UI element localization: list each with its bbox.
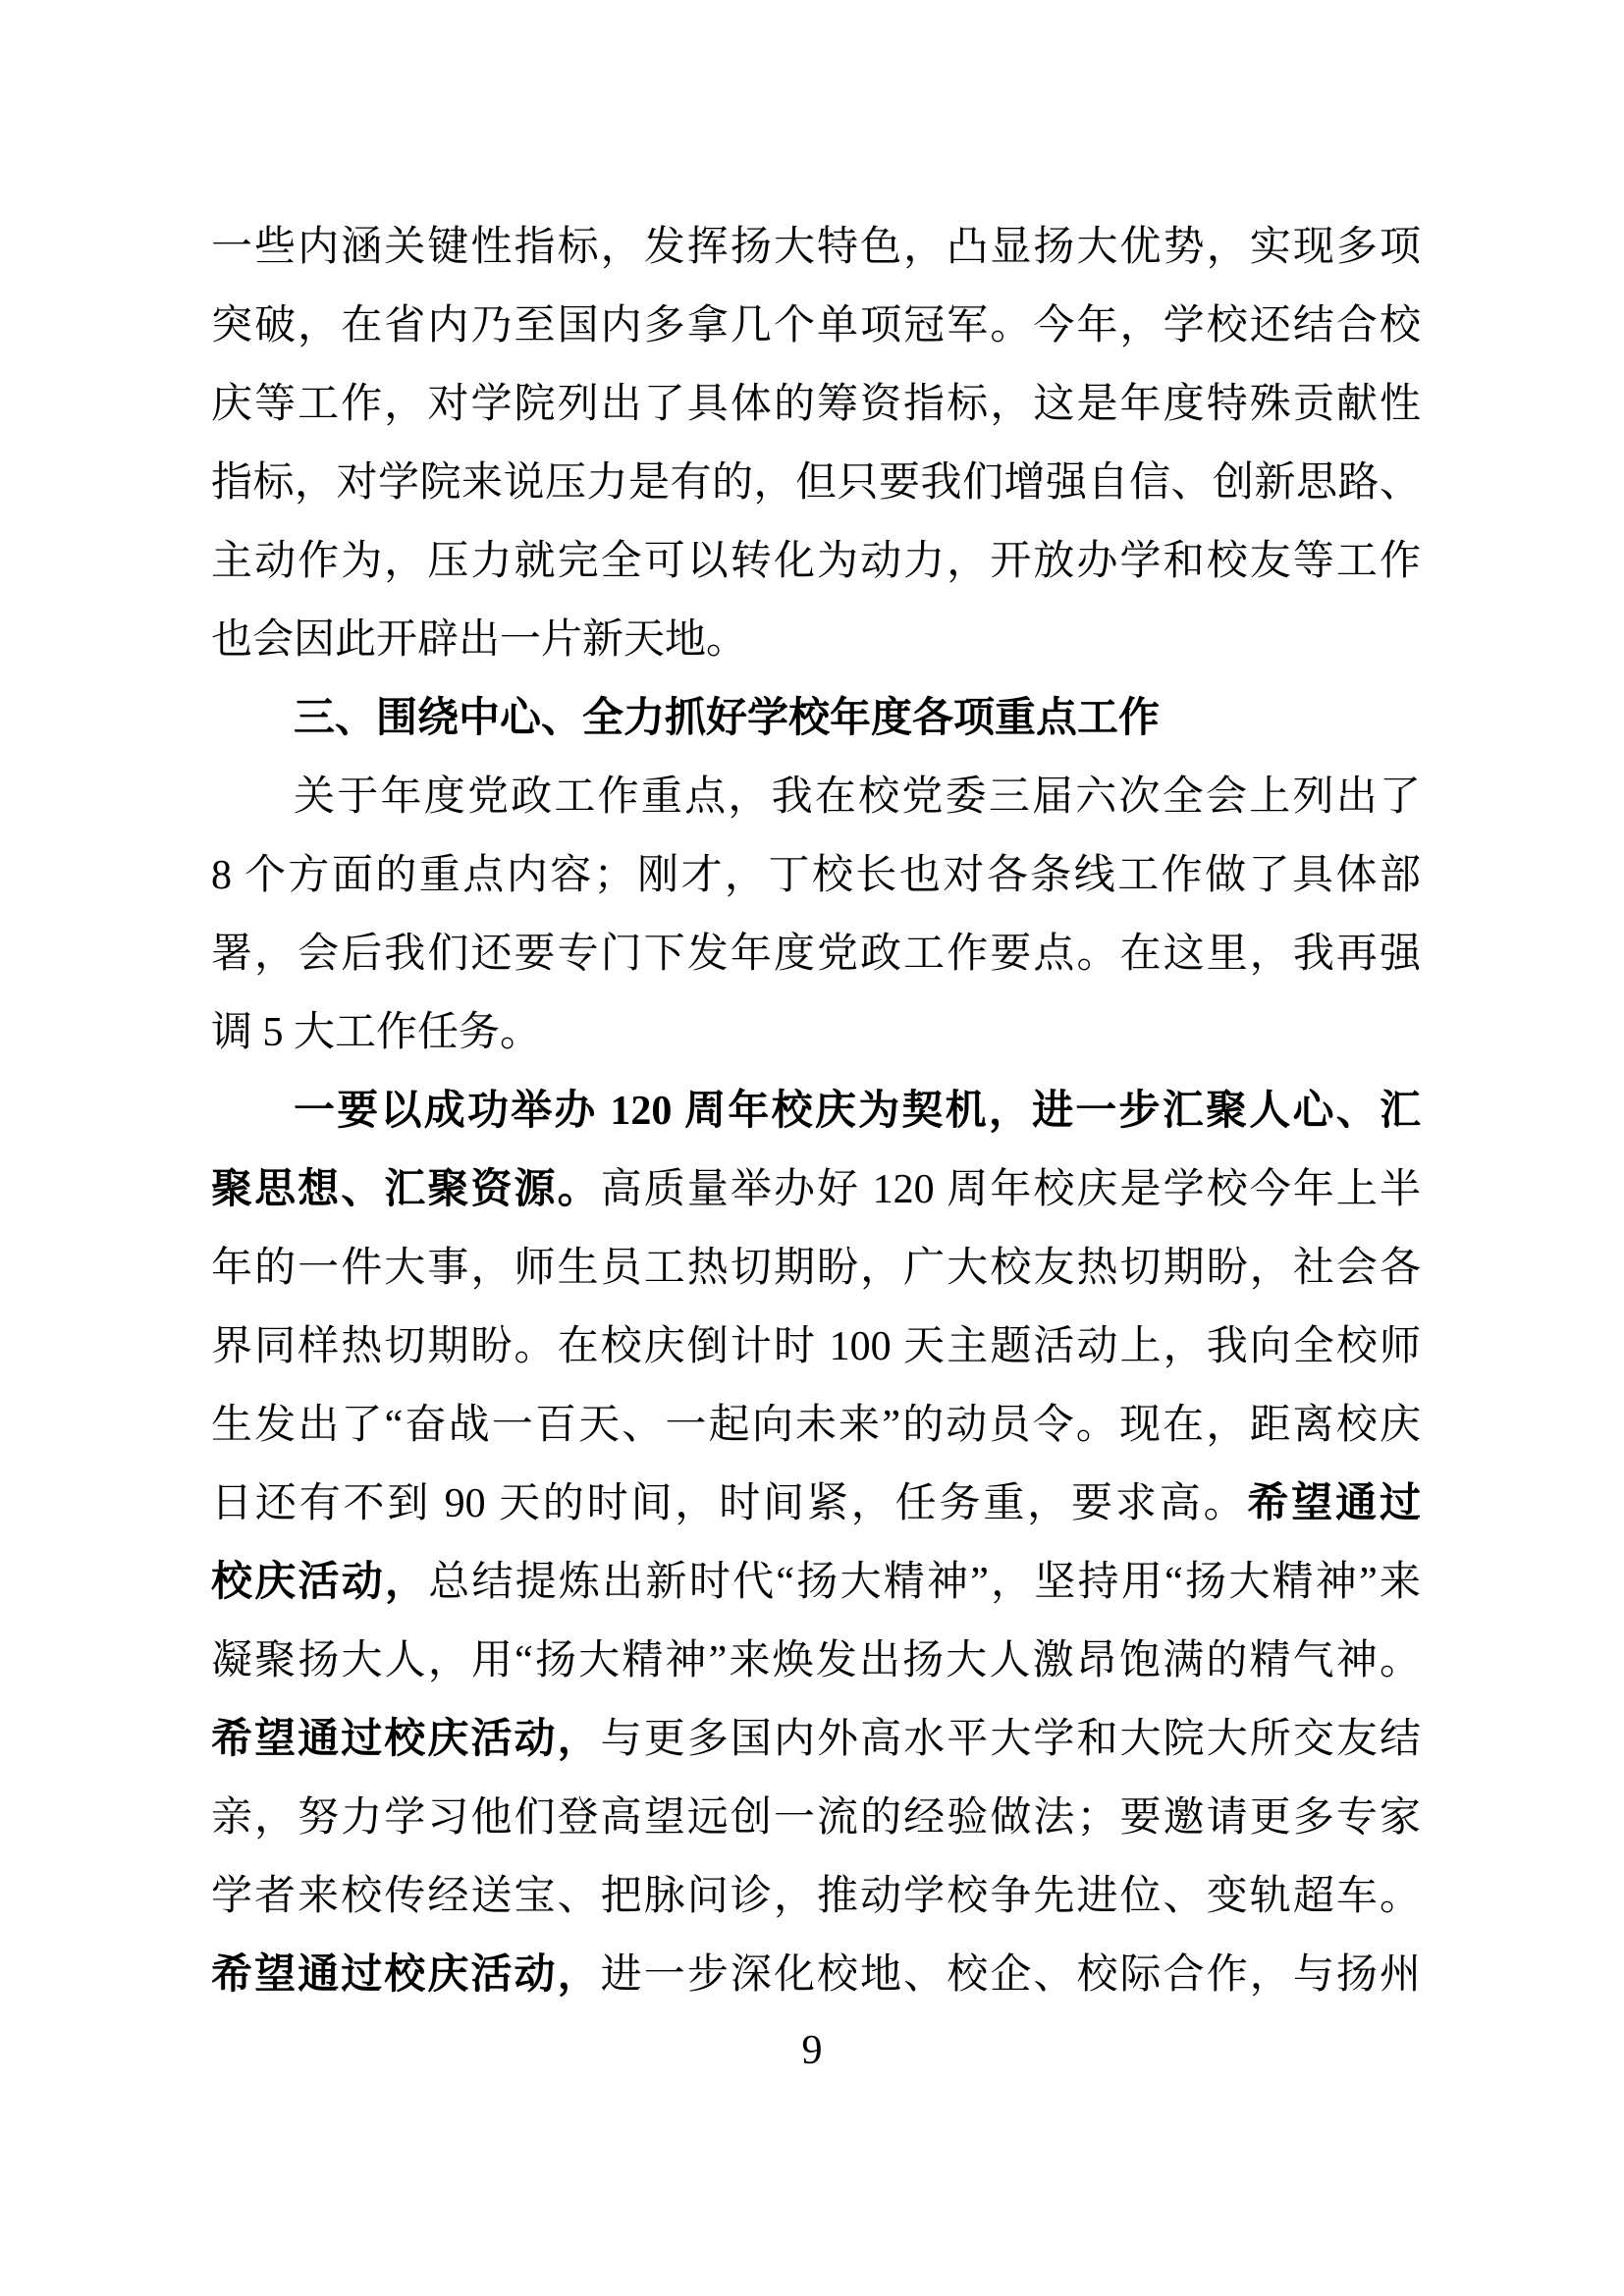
text-line: 年的一件大事，师生员工热切期盼，广大校友热切期盼，社会各 — [211, 1229, 1421, 1308]
body-text: 一些内涵关键性指标，发挥扬大特色，凸显扬大优势，实现多项突破，在省内乃至国内多拿… — [211, 208, 1421, 2014]
text-segment: 界同样热切期盼。在校庆倒计时 100 天主题活动上，我向全校师 — [211, 1324, 1421, 1369]
text-segment: 署，会后我们还要专门下发年度党政工作要点。在这里，我再强 — [211, 932, 1421, 977]
text-segment: 校庆活动， — [211, 1560, 428, 1605]
text-line: 署，会后我们还要专门下发年度党政工作要点。在这里，我再强 — [211, 915, 1421, 993]
text-line: 主动作为，压力就完全可以转化为动力，开放办学和校友等工作 — [211, 522, 1421, 601]
text-segment: 学者来校传经送宝、把脉问诊，推动学校争先进位、变轨超车。 — [211, 1874, 1421, 1919]
text-segment: 亲，努力学习他们登高望远创一流的经验做法；要邀请更多专家 — [211, 1795, 1421, 1841]
text-line: 一些内涵关键性指标，发挥扬大特色，凸显扬大优势，实现多项 — [211, 208, 1421, 287]
text-line: 希望通过校庆活动，进一步深化校地、校企、校际合作，与扬州 — [211, 1936, 1421, 2014]
text-segment: 也会因此开辟出一片新天地。 — [211, 617, 747, 663]
text-line: 生发出了“奋战一百天、一起向未来”的动员令。现在，距离校庆 — [211, 1386, 1421, 1465]
page-number: 9 — [0, 2028, 1624, 2073]
text-segment: 希望通过校庆活动， — [211, 1717, 601, 1762]
text-segment: 关于年度党政工作重点，我在校党委三届六次全会上列出了 — [294, 774, 1421, 820]
text-segment: 生发出了“奋战一百天、一起向未来”的动员令。现在，距离校庆 — [211, 1403, 1421, 1448]
text-segment: 聚思想、汇聚资源。 — [211, 1167, 601, 1212]
text-line: 三、围绕中心、全力抓好学校年度各项重点工作 — [211, 679, 1421, 758]
text-segment: 8 个方面的重点内容；刚才，丁校长也对各条线工作做了具体部 — [211, 853, 1421, 898]
text-segment: 突破，在省内乃至国内多拿几个单项冠军。今年，学校还结合校 — [211, 303, 1421, 348]
text-line: 一要以成功举办 120 周年校庆为契机，进一步汇聚人心、汇 — [211, 1072, 1421, 1150]
text-segment: 日还有不到 90 天的时间，时间紧，任务重，要求高。 — [211, 1481, 1247, 1526]
text-line: 也会因此开辟出一片新天地。 — [211, 601, 1421, 679]
text-segment: 总结提炼出新时代“扬大精神”，坚持用“扬大精神”来 — [428, 1560, 1421, 1605]
text-line: 学者来校传经送宝、把脉问诊，推动学校争先进位、变轨超车。 — [211, 1857, 1421, 1936]
text-segment: 主动作为，压力就完全可以转化为动力，开放办学和校友等工作 — [211, 539, 1421, 584]
text-segment: 年的一件大事，师生员工热切期盼，广大校友热切期盼，社会各 — [211, 1246, 1421, 1291]
text-segment: 希望通过校庆活动， — [211, 1952, 601, 1998]
text-line: 关于年度党政工作重点，我在校党委三届六次全会上列出了 — [211, 758, 1421, 836]
text-line: 界同样热切期盼。在校庆倒计时 100 天主题活动上，我向全校师 — [211, 1308, 1421, 1386]
text-line: 调 5 大工作任务。 — [211, 993, 1421, 1072]
text-line: 校庆活动，总结提炼出新时代“扬大精神”，坚持用“扬大精神”来 — [211, 1543, 1421, 1622]
text-segment: 一要以成功举办 120 周年校庆为契机，进一步汇聚人心、汇 — [294, 1089, 1421, 1134]
document-page: 一些内涵关键性指标，发挥扬大特色，凸显扬大优势，实现多项突破，在省内乃至国内多拿… — [0, 0, 1624, 2296]
text-segment: 高质量举办好 120 周年校庆是学校今年上半 — [601, 1167, 1421, 1212]
text-line: 亲，努力学习他们登高望远创一流的经验做法；要邀请更多专家 — [211, 1779, 1421, 1857]
text-segment: 进一步深化校地、校企、校际合作，与扬州 — [601, 1952, 1421, 1998]
text-line: 庆等工作，对学院列出了具体的筹资指标，这是年度特殊贡献性 — [211, 365, 1421, 444]
text-line: 希望通过校庆活动，与更多国内外高水平大学和大院大所交友结 — [211, 1700, 1421, 1779]
text-segment: 调 5 大工作任务。 — [211, 1010, 541, 1055]
text-line: 指标，对学院来说压力是有的，但只要我们增强自信、创新思路、 — [211, 444, 1421, 522]
text-line: 凝聚扬大人，用“扬大精神”来焕发出扬大人激昂饱满的精气神。 — [211, 1622, 1421, 1700]
text-segment: 希望通过 — [1247, 1481, 1421, 1526]
text-line: 突破，在省内乃至国内多拿几个单项冠军。今年，学校还结合校 — [211, 287, 1421, 365]
text-segment: 一些内涵关键性指标，发挥扬大特色，凸显扬大优势，实现多项 — [211, 225, 1421, 270]
text-segment: 指标，对学院来说压力是有的，但只要我们增强自信、创新思路、 — [211, 460, 1421, 506]
text-line: 日还有不到 90 天的时间，时间紧，任务重，要求高。希望通过 — [211, 1465, 1421, 1543]
text-line: 聚思想、汇聚资源。高质量举办好 120 周年校庆是学校今年上半 — [211, 1150, 1421, 1229]
text-line: 8 个方面的重点内容；刚才，丁校长也对各条线工作做了具体部 — [211, 836, 1421, 915]
text-segment: 庆等工作，对学院列出了具体的筹资指标，这是年度特殊贡献性 — [211, 382, 1421, 427]
text-segment: 三、围绕中心、全力抓好学校年度各项重点工作 — [294, 696, 1160, 741]
text-segment: 凝聚扬大人，用“扬大精神”来焕发出扬大人激昂饱满的精气神。 — [211, 1638, 1421, 1683]
text-segment: 与更多国内外高水平大学和大院大所交友结 — [601, 1717, 1421, 1762]
